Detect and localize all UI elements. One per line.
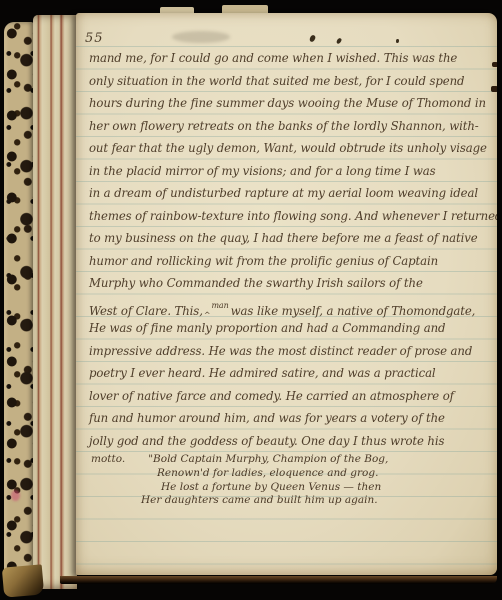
manuscript-line: her own flowery retreats on the banks of… xyxy=(83,115,495,138)
manuscript-line: to my business on the quay, I had there … xyxy=(83,227,495,250)
manuscript-line: He was of fine manly proportion and had … xyxy=(83,317,495,340)
manuscript-line: lover of native farce and comedy. He car… xyxy=(83,385,495,408)
insertion-before-text: West of Clare. This, xyxy=(89,304,203,318)
manuscript-page: 55 mand me, for I could go and come when… xyxy=(76,13,497,575)
manuscript-line: themes of rainbow-texture into flowing s… xyxy=(83,205,495,228)
page-number: 55 xyxy=(85,31,104,46)
ink-dot xyxy=(396,39,399,43)
manuscript-line: in a dream of undisturbed rapture at my … xyxy=(83,182,495,205)
page-edge-stack xyxy=(33,15,77,589)
book-cover-marbled-edge xyxy=(4,22,34,594)
ink-dot xyxy=(336,37,342,44)
poem-line: Renown'd for ladies, eloquence and grog. xyxy=(157,467,495,481)
insertion-after-text: was like myself, a native of Thomondgate… xyxy=(231,304,476,318)
motto-label: motto. xyxy=(91,452,125,467)
poem-line: "Bold Captain Murphy, Champion of the Bo… xyxy=(148,452,388,467)
manuscript-line: out fear that the ugly demon, Want, woul… xyxy=(83,137,495,160)
poem-line: He lost a fortune by Queen Venus — then xyxy=(161,481,495,495)
manuscript-line: only situation in the world that suited … xyxy=(83,70,495,93)
manuscript-line: mand me, for I could go and come when I … xyxy=(83,47,495,70)
motto-row: motto. "Bold Captain Murphy, Champion of… xyxy=(83,452,495,467)
manuscript-line: Murphy who Commanded the swarthy Irish s… xyxy=(83,272,495,295)
manuscript-line: poetry I ever heard. He admired satire, … xyxy=(83,362,495,385)
manuscript-line: in the placid mirror of my visions; and … xyxy=(83,160,495,183)
manuscript-line: jolly god and the goddess of beauty. One… xyxy=(83,430,495,453)
manuscript-photo: 55 mand me, for I could go and come when… xyxy=(0,0,502,600)
manuscript-line: humor and rollicking wit from the prolif… xyxy=(83,250,495,273)
manuscript-line: hours during the fine summer days wooing… xyxy=(83,92,495,115)
manuscript-line: fun and humor around him, and was for ye… xyxy=(83,407,495,430)
pink-mark xyxy=(11,490,20,501)
handwritten-text-block: mand me, for I could go and come when I … xyxy=(83,47,495,508)
manuscript-line-with-insertion: West of Clare. This,^manwas like myself,… xyxy=(83,295,495,318)
inserted-word: man xyxy=(211,301,228,310)
cover-corner-trim xyxy=(2,564,44,597)
ink-dot xyxy=(309,34,316,42)
page-bottom-edge xyxy=(60,576,497,584)
poem-line: Her daughters came and built him up agai… xyxy=(141,494,495,508)
manuscript-line: impressive address. He was the most dist… xyxy=(83,340,495,363)
ink-smudge xyxy=(172,31,230,43)
